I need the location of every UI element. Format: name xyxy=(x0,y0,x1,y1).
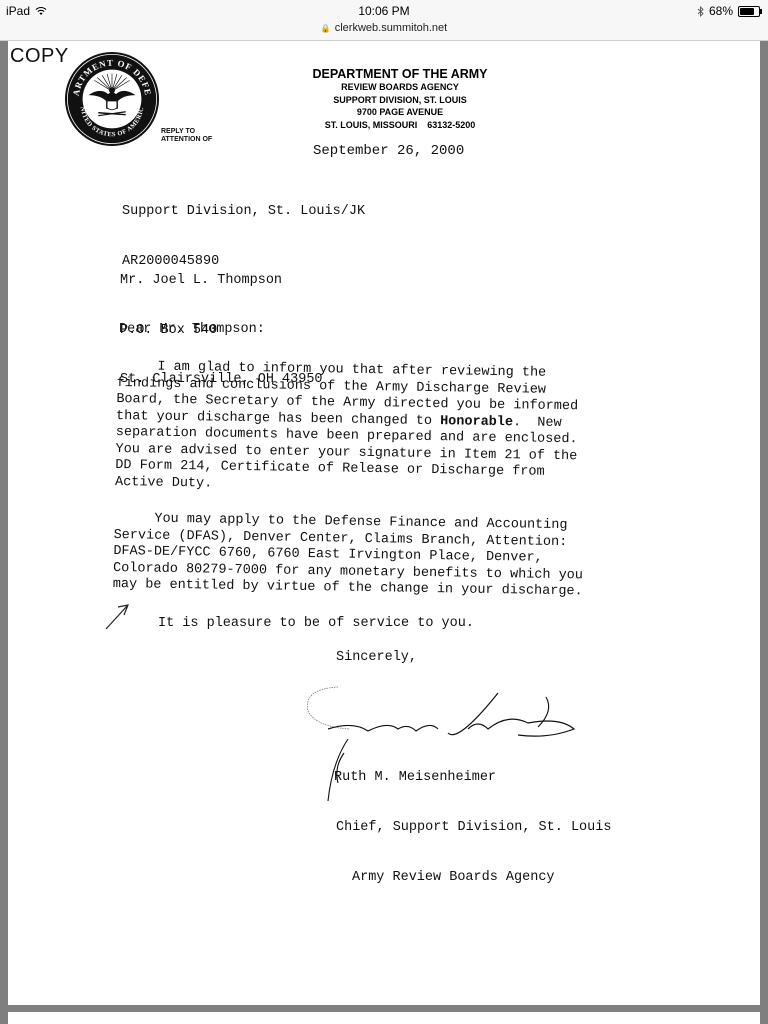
letterhead-agency: REVIEW BOARDS AGENCY xyxy=(300,81,500,94)
reference-office: Support Division, St. Louis/JK xyxy=(122,204,365,221)
signatory-title: Chief, Support Division, St. Louis xyxy=(336,820,611,837)
letter-date: September 26, 2000 xyxy=(313,143,464,159)
paragraph-2: You may apply to the Defense Finance and… xyxy=(113,511,584,601)
letterhead-street: 9700 PAGE AVENUE xyxy=(300,106,500,119)
reply-to-line: REPLY TO xyxy=(161,128,212,136)
document-page: COPY DEPARTMENT OF DEFENSE UNITED STATES… xyxy=(8,41,760,1005)
paragraph-1: I am glad to inform you that after revie… xyxy=(115,359,579,498)
bluetooth-icon xyxy=(697,6,704,17)
url-text: clerkweb.summitoh.net xyxy=(335,22,448,34)
letterhead-org: DEPARTMENT OF THE ARMY xyxy=(300,67,500,81)
recipient-name: Mr. Joel L. Thompson xyxy=(120,273,323,290)
attention-of-line: ATTENTION OF xyxy=(161,136,212,144)
url-bar[interactable]: 🔒clerkweb.summitoh.net xyxy=(0,22,768,41)
next-page-edge xyxy=(8,1012,760,1024)
battery-percent: 68% xyxy=(709,4,733,18)
valediction: Sincerely, xyxy=(336,650,417,667)
copy-stamp: COPY xyxy=(10,45,69,68)
dod-seal-icon: DEPARTMENT OF DEFENSE UNITED STATES OF A… xyxy=(63,50,161,148)
signatory-name: Ruth M. Meisenheimer xyxy=(334,770,611,787)
letterhead: DEPARTMENT OF THE ARMY REVIEW BOARDS AGE… xyxy=(300,67,500,131)
battery-icon xyxy=(738,6,760,17)
signatory-agency: Army Review Boards Agency xyxy=(352,870,611,887)
clock: 10:06 PM xyxy=(0,4,768,18)
salutation: Dear Mr. Thompson: xyxy=(119,322,265,339)
reply-to-label: REPLY TO ATTENTION OF xyxy=(161,128,212,144)
handwritten-arrow-icon xyxy=(104,599,134,631)
letterhead-division: SUPPORT DIVISION, ST. LOUIS xyxy=(300,94,500,107)
lock-icon: 🔒 xyxy=(321,24,331,33)
letterhead-city: ST. LOUIS, MISSOURI 63132-5200 xyxy=(300,119,500,132)
signatory-block: Ruth M. Meisenheimer Chief, Support Divi… xyxy=(334,737,611,920)
honorable-emphasis: Honorable xyxy=(440,414,513,430)
closing-line: It is pleasure to be of service to you. xyxy=(158,616,474,633)
status-bar: iPad 10:06 PM 68% xyxy=(0,0,768,22)
